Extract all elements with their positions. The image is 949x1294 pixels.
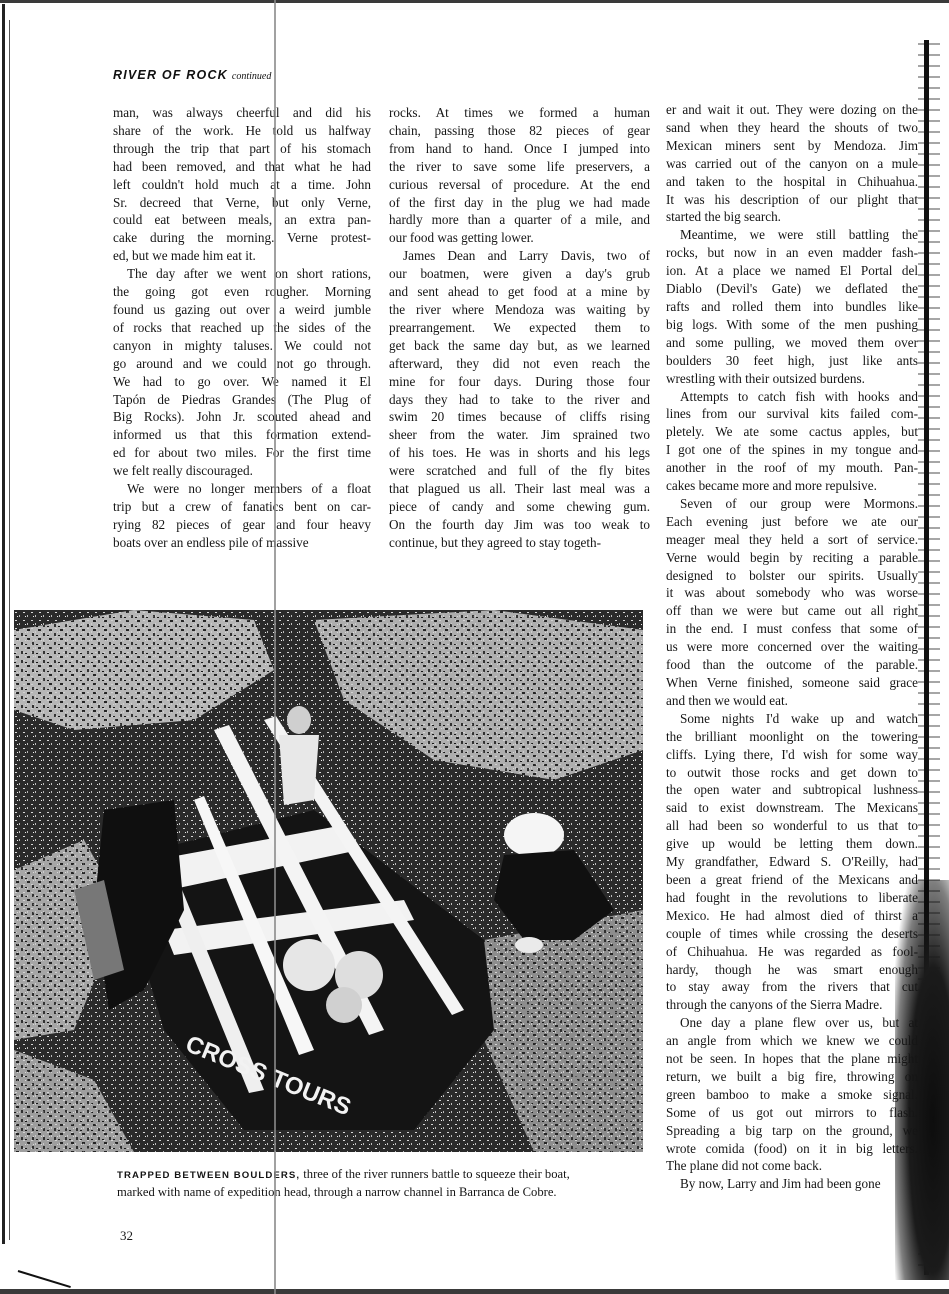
scan-binding-line xyxy=(9,20,10,1240)
text-line: lines from our survival kits failed com- xyxy=(666,405,918,423)
text-line: to stay away from the rivers that cut xyxy=(666,978,918,996)
text-line: rafts and rolled them into bundles like xyxy=(666,298,918,316)
text-line: big logs. With some of the men pushing xyxy=(666,316,918,334)
text-line: cakes became more and more repulsive. xyxy=(666,477,918,495)
caption-line-2: marked with name of expedition head, thr… xyxy=(117,1184,647,1200)
text-line: rying 82 pieces of gear and four heavy xyxy=(113,516,371,534)
text-line: informed us that this formation extend- xyxy=(113,426,371,444)
text-line: our food was getting lower. xyxy=(389,229,650,247)
text-line: piece of candy and some chewing gum. xyxy=(389,498,650,516)
text-line: another in the roof of my mouth. Pan- xyxy=(666,459,918,477)
text-line: the river where Mendoza was waiting by xyxy=(389,301,650,319)
text-line: had fought in the revolutions to liberat… xyxy=(666,889,918,907)
running-head-title: RIVER OF ROCK xyxy=(113,68,228,82)
text-line: the open water and subtropical lushness xyxy=(666,781,918,799)
text-line: boats over an endless pile of massive xyxy=(113,534,371,552)
text-line: all had been so wonderful to us that to xyxy=(666,817,918,835)
text-line: man, was always cheerful and did his xyxy=(113,104,371,122)
text-line: return, we built a big fire, throwing on xyxy=(666,1068,918,1086)
text-line: started the big search. xyxy=(666,208,918,226)
text-line: said to exist downstream. The Mexicans xyxy=(666,799,918,817)
text-line: Tapón de Piedras Grandes (The Plug of xyxy=(113,391,371,409)
text-line: left couldn't hold much at a time. John xyxy=(113,176,371,194)
text-line: green bamboo to make a smoke signal. xyxy=(666,1086,918,1104)
article-column-1: man, was always cheerful and did hisshar… xyxy=(113,104,371,552)
text-line: ed, but we made him eat it. xyxy=(113,247,371,265)
caption-lead: TRAPPED BETWEEN BOULDERS, xyxy=(117,1170,300,1181)
text-line: share of the work. He told us halfway xyxy=(113,122,371,140)
text-line: our boatmen, were given a day's grub xyxy=(389,265,650,283)
text-line: I got one of the spines in my tongue and xyxy=(666,441,918,459)
text-line: We had to go over. We named it El xyxy=(113,373,371,391)
text-line: the brilliant moonlight on the towering xyxy=(666,728,918,746)
text-line: afterward, they did not even reach the xyxy=(389,355,650,373)
text-line: give up would be letting them down. xyxy=(666,835,918,853)
text-line: rocks. At times we formed a human xyxy=(389,104,650,122)
text-line: that plagued us all. Their last meal was… xyxy=(389,480,650,498)
text-line: Seven of our group were Mormons. xyxy=(666,495,918,513)
text-line: of the first day in the plug we had made xyxy=(389,194,650,212)
text-line: rocks, but now in an even madder fash- xyxy=(666,244,918,262)
text-line: trip but a crew of fanatics bent on car- xyxy=(113,498,371,516)
text-line: Sr. decreed that Verne, but only Verne, xyxy=(113,194,371,212)
text-line: My grandfather, Edward S. O'Reilly, had xyxy=(666,853,918,871)
text-line: had been removed, and that what he had xyxy=(113,158,371,176)
text-line: boulders 30 feet high, just like ants xyxy=(666,352,918,370)
text-line: We were no longer members of a float xyxy=(113,480,371,498)
text-line: not be seen. In hopes that the plane mig… xyxy=(666,1050,918,1068)
text-line: When Verne finished, someone said grace xyxy=(666,674,918,692)
text-line: ed for about two miles. For the first ti… xyxy=(113,444,371,462)
running-head-suffix: continued xyxy=(232,71,271,82)
article-column-2: rocks. At times we formed a humanchain, … xyxy=(389,104,650,552)
text-line: curious reversal of procedure. At the en… xyxy=(389,176,650,194)
text-line: get back the same day but, as we learned xyxy=(389,337,650,355)
text-line: the going got even rougher. Morning xyxy=(113,283,371,301)
text-line: from hand to hand. Once I jumped into xyxy=(389,140,650,158)
text-line: Some nights I'd wake up and watch xyxy=(666,710,918,728)
text-line: Some of us got out mirrors to flash. xyxy=(666,1104,918,1122)
text-line: canyon in mighty taluses. We could not xyxy=(113,337,371,355)
text-line: we felt really discouraged. xyxy=(113,462,371,480)
text-line: One day a plane flew over us, but at xyxy=(666,1014,918,1032)
text-line: James Dean and Larry Davis, two of xyxy=(389,247,650,265)
scan-top-border xyxy=(0,0,949,3)
page-number: 32 xyxy=(120,1228,133,1244)
text-line: er and wait it out. They were dozing on … xyxy=(666,101,918,119)
caption-line-1-text: three of the river runners battle to squ… xyxy=(300,1167,570,1181)
text-line: By now, Larry and Jim had been gone xyxy=(666,1175,918,1193)
text-line: through the trip that part of his stomac… xyxy=(113,140,371,158)
text-line: pletely. We ate some cactus apples, but xyxy=(666,423,918,441)
text-line: food than the outcome of the parable. xyxy=(666,656,918,674)
text-line: mine for four days. During those four xyxy=(389,373,650,391)
text-line: it was about somebody who was worse xyxy=(666,584,918,602)
text-line: and taken to the hospital in Chihuahua. xyxy=(666,173,918,191)
text-line: could eat between meals, an extra pan- xyxy=(113,211,371,229)
text-line: chain, passing those 82 pieces of gear xyxy=(389,122,650,140)
text-line: of rocks that reached up the sides of th… xyxy=(113,319,371,337)
text-line: and some pulling, we moved them over xyxy=(666,334,918,352)
scan-corner-mark xyxy=(18,1270,71,1288)
text-line: hardly more than a quarter of a mile, an… xyxy=(389,211,650,229)
text-line: and then we would eat. xyxy=(666,692,918,710)
text-line: of Chihuahua. He was regarded as fool- xyxy=(666,943,918,961)
text-line: couple of times while crossing the deser… xyxy=(666,925,918,943)
text-line: meager meal they held a sort of service. xyxy=(666,531,918,549)
caption-line-1: TRAPPED BETWEEN BOULDERS, three of the r… xyxy=(117,1166,647,1184)
article-photo: CROSS TOURS xyxy=(14,610,643,1152)
text-line: were scratched and full of the fly bites xyxy=(389,462,650,480)
text-line: Spreading a big tarp on the ground, we xyxy=(666,1122,918,1140)
text-line: wrestling with their outsized burdens. xyxy=(666,370,918,388)
text-line: sand when they heard the shouts of two xyxy=(666,119,918,137)
text-line: On the fourth day Jim was too weak to xyxy=(389,516,650,534)
text-line: us were more concerned over the waiting xyxy=(666,638,918,656)
text-line: The day after we went on short rations, xyxy=(113,265,371,283)
text-line: wrote comida (food) on it in big letters… xyxy=(666,1140,918,1158)
text-line: Meantime, we were still battling the xyxy=(666,226,918,244)
text-line: Each evening just before we ate our xyxy=(666,513,918,531)
text-line: The plane did not come back. xyxy=(666,1157,918,1175)
article-column-3: er and wait it out. They were dozing on … xyxy=(666,101,918,1193)
text-line: found us gazing out over a weird jumble xyxy=(113,301,371,319)
text-line: designed to bolster our spirits. Usually xyxy=(666,567,918,585)
text-line: It was his description of our plight tha… xyxy=(666,191,918,209)
text-line: cliffs. Lying there, I'd wish for some w… xyxy=(666,746,918,764)
text-line: the river to save some life preservers, … xyxy=(389,158,650,176)
text-line: continue, but they agreed to stay togeth… xyxy=(389,534,650,552)
text-line: of his toes. He was in shorts and his le… xyxy=(389,444,650,462)
text-line: an angle from which we knew we could xyxy=(666,1032,918,1050)
text-line: prearrangement. We expected them to xyxy=(389,319,650,337)
text-line: to outwit those rocks and get down to xyxy=(666,764,918,782)
text-line: cake during the morning. Verne protest- xyxy=(113,229,371,247)
text-line: Verne would begin by reciting a parable xyxy=(666,549,918,567)
scan-fold-line xyxy=(274,0,276,1294)
text-line: been a great friend of the Mexicans and xyxy=(666,871,918,889)
photo-illustration: CROSS TOURS xyxy=(14,610,643,1152)
text-line: days they had to take to the river and xyxy=(389,391,650,409)
scan-binding-shadow xyxy=(2,4,5,1244)
photo-caption: TRAPPED BETWEEN BOULDERS, three of the r… xyxy=(117,1166,647,1200)
text-line: Attempts to catch fish with hooks and xyxy=(666,388,918,406)
text-line: in the end. I must confess that some of xyxy=(666,620,918,638)
text-line: swim 20 times because of cliffs rising xyxy=(389,408,650,426)
text-line: was carried out of the canyon on a mule xyxy=(666,155,918,173)
running-head: RIVER OF ROCKcontinued xyxy=(113,68,271,84)
text-line: and sent ahead to get food at a mine by xyxy=(389,283,650,301)
text-line: sheer from the water. Jim sprained two xyxy=(389,426,650,444)
text-line: Mexico. He had almost died of thirst a xyxy=(666,907,918,925)
text-line: Big Rocks). John Jr. scouted ahead and xyxy=(113,408,371,426)
text-line: off than we were but came out all right xyxy=(666,602,918,620)
text-line: Mexican miners sent by Mendoza. Jim xyxy=(666,137,918,155)
text-line: ion. At a place we named El Portal del xyxy=(666,262,918,280)
text-line: Diablo (Devil's Gate) we deflated the xyxy=(666,280,918,298)
scan-bottom-border xyxy=(0,1289,949,1294)
text-line: through the canyons of the Sierra Madre. xyxy=(666,996,918,1014)
text-line: go around and we could not go through. xyxy=(113,355,371,373)
text-line: hardy, though he was smart enough xyxy=(666,961,918,979)
